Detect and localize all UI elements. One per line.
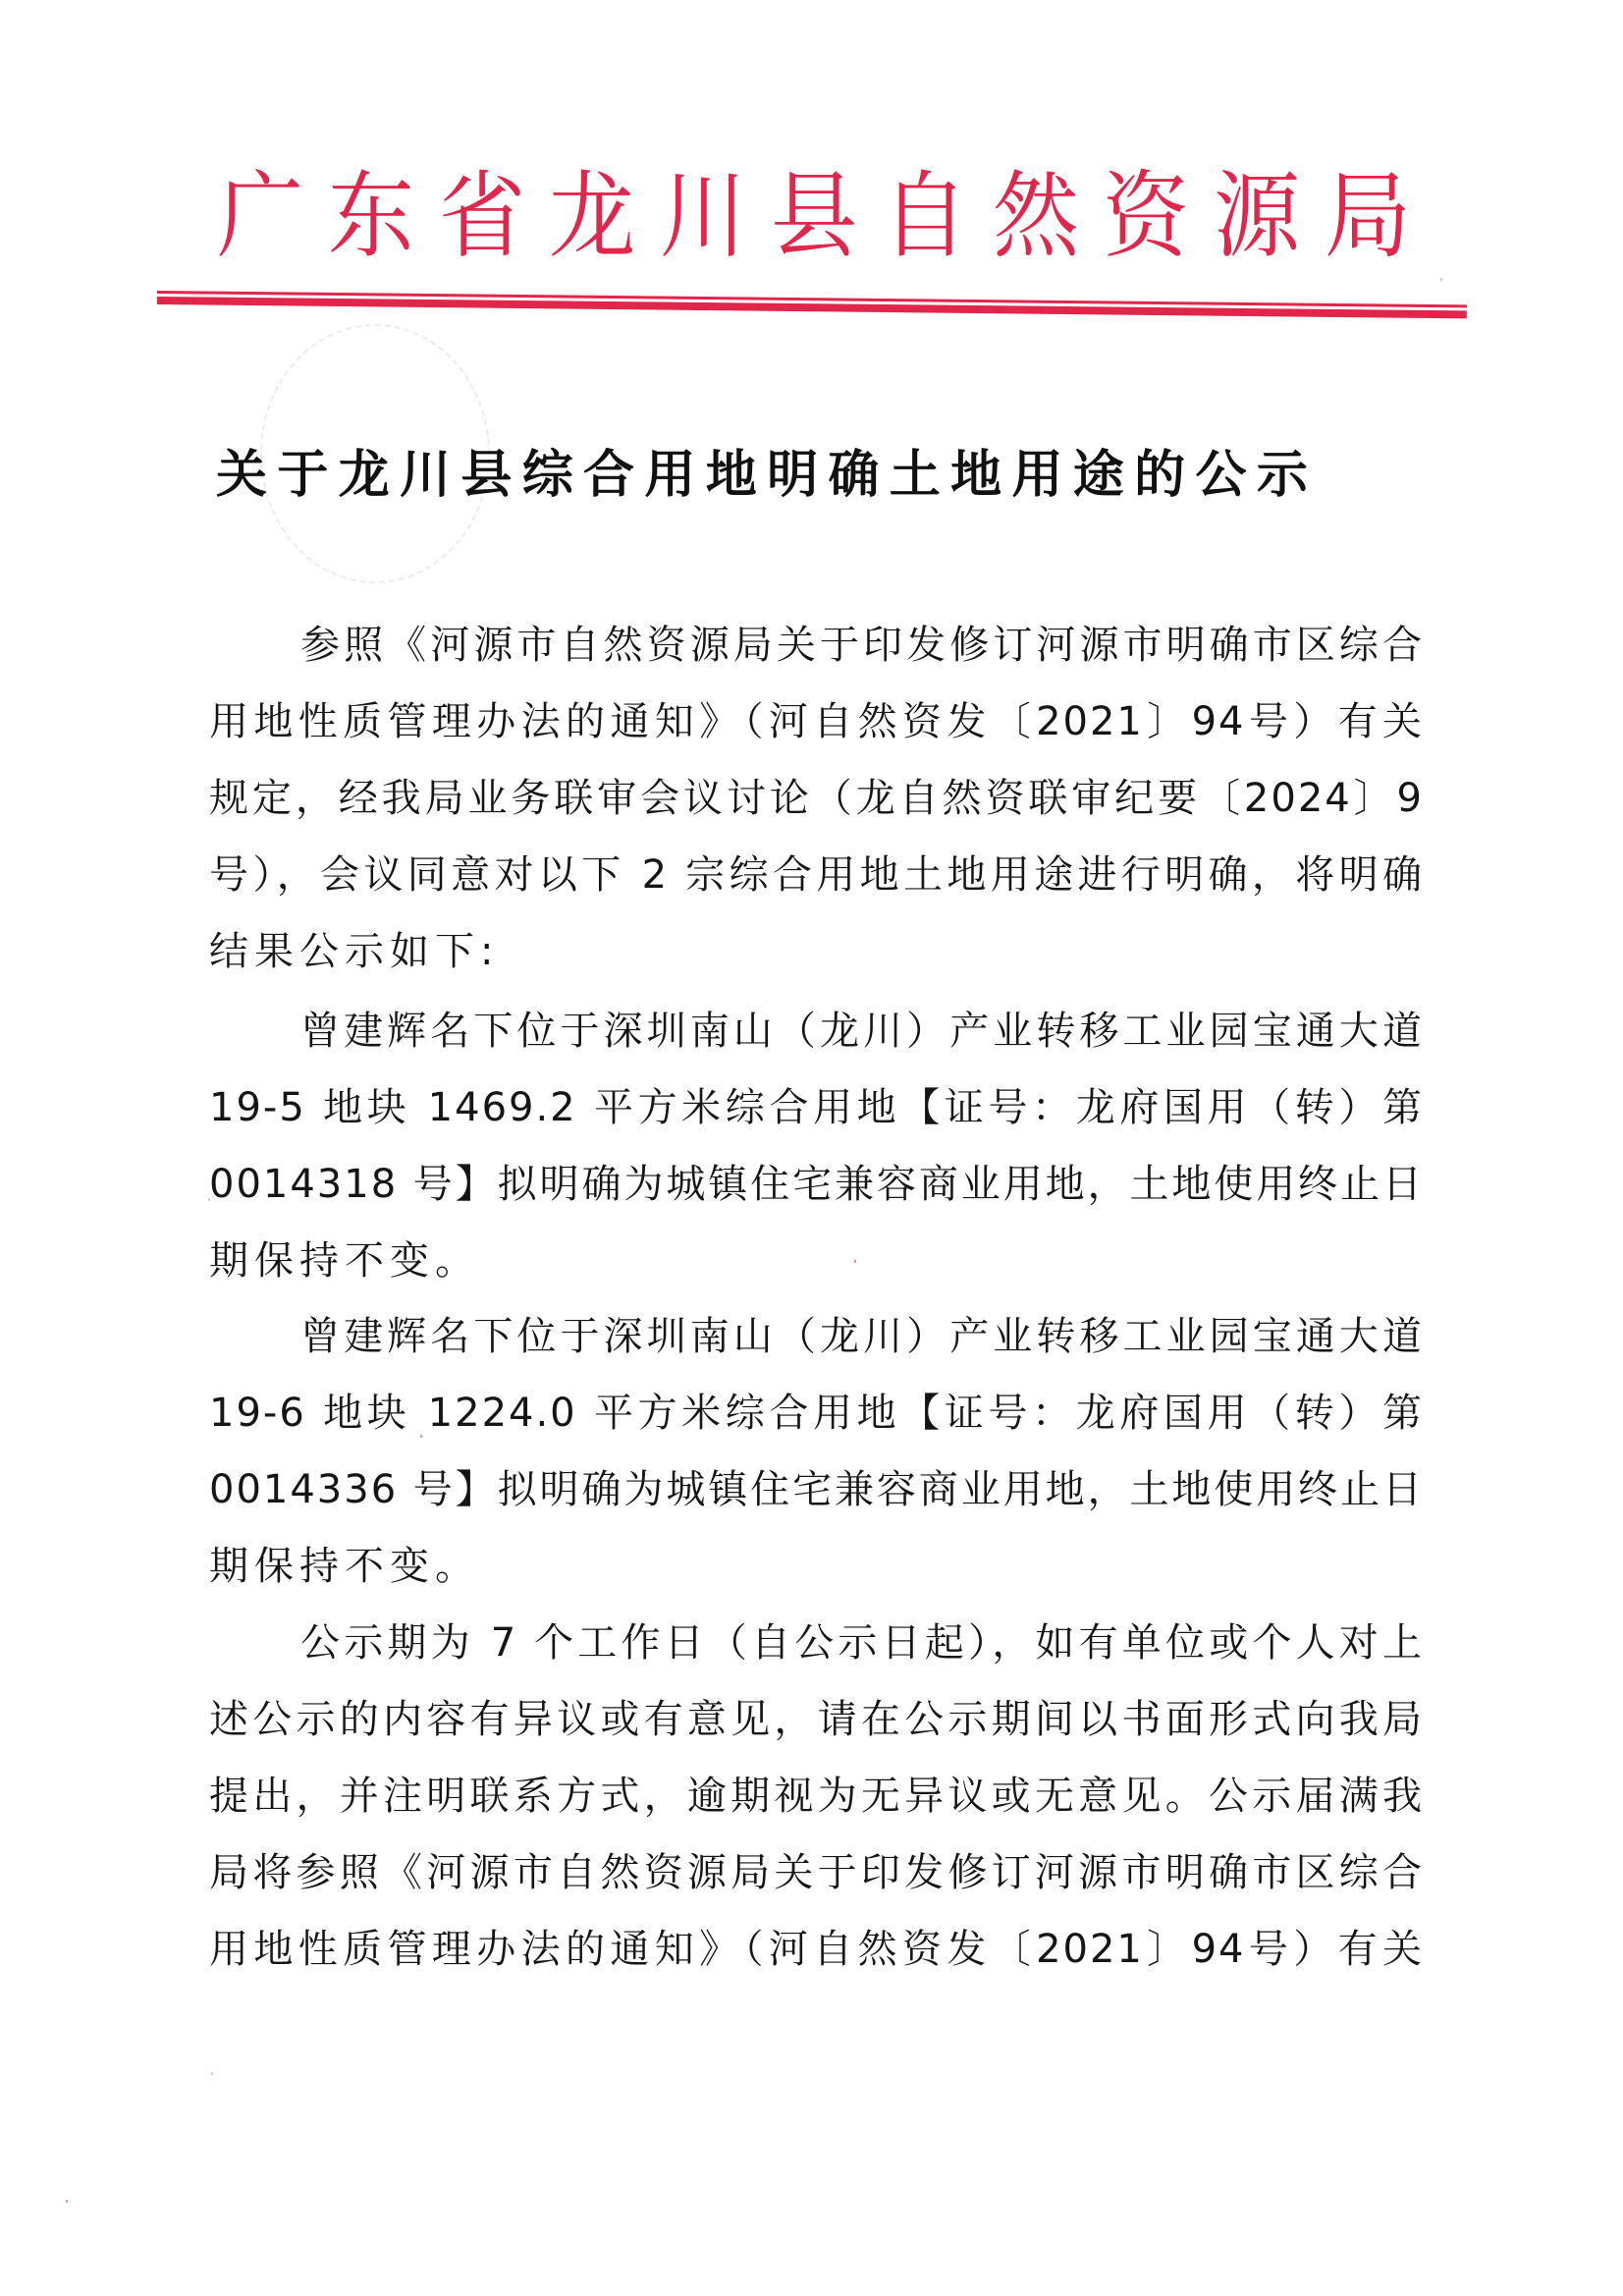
- letterhead-char: 然: [989, 165, 1083, 267]
- title-char: 公: [1192, 444, 1251, 507]
- body-line: 用地性质管理办法的通知》（河自然资发〔2021〕94号）有关: [209, 696, 1424, 747]
- scan-speck: [1440, 278, 1442, 281]
- body-line: 0014336 号】拟明确为城镇住宅兼容商业用地，土地使用终止日: [209, 1464, 1424, 1515]
- title-char: 的: [1130, 444, 1189, 507]
- title-char: 合: [579, 444, 638, 507]
- body-line: 0014318 号】拟明确为城镇住宅兼容商业用地，土地使用终止日: [209, 1159, 1424, 1210]
- letterhead-char: 自: [878, 165, 972, 267]
- body-line: 提出，并注明联系方式，逾期视为无异议或无意见。公示届满我: [209, 1771, 1424, 1822]
- letterhead-char: 县: [767, 165, 861, 267]
- letterhead-char: 川: [656, 165, 750, 267]
- title-char: 于: [273, 444, 332, 507]
- letterhead-char: 省: [435, 165, 529, 267]
- title-char: 途: [1069, 444, 1128, 507]
- body-line: 曾建辉名下位于深圳南山（龙川）产业转移工业园宝通大道: [300, 1311, 1424, 1362]
- letterhead-red-divider: [157, 291, 1467, 322]
- scan-speck: [854, 1260, 856, 1263]
- body-line: 曾建辉名下位于深圳南山（龙川）产业转移工业园宝通大道: [300, 1006, 1424, 1057]
- scan-speck: [66, 2200, 68, 2203]
- letterhead-char: 龙: [546, 165, 640, 267]
- title-char: 用: [1007, 444, 1066, 507]
- letterhead-char: 广: [213, 165, 307, 267]
- letterhead-char: 资: [1100, 165, 1194, 267]
- letterhead-char: 局: [1321, 165, 1415, 267]
- body-line: 期保持不变。: [209, 1541, 1424, 1592]
- body-line: 号），会议同意对以下 2 宗综合用地土地用途进行明确，将明确: [209, 849, 1424, 901]
- title-char: 县: [457, 444, 515, 507]
- document-page: 广 东 省 龙 川 县 自 然 资 源 局 关 于 龙 川 县 综 合 用 地 …: [0, 0, 1623, 2296]
- title-char: 地: [947, 444, 1005, 507]
- body-line: 19-6 地块 1224.0 平方米综合用地【证号：龙府国用（转）第: [209, 1388, 1424, 1439]
- title-char: 龙: [335, 444, 394, 507]
- body-line: 公示期为 7 个工作日（自公示日起），如有单位或个人对上: [300, 1617, 1424, 1668]
- title-char: 示: [1253, 444, 1312, 507]
- body-line: 结果公示如下:: [209, 926, 1424, 977]
- letterhead-org-name: 广 东 省 龙 川 县 自 然 资 源 局: [209, 165, 1419, 267]
- title-char: 明: [763, 444, 822, 507]
- title-char: 确: [824, 444, 883, 507]
- letterhead-char: 东: [324, 165, 418, 267]
- document-title: 关 于 龙 川 县 综 合 用 地 明 确 土 地 用 途 的 公 示: [212, 444, 1312, 507]
- body-line: 期保持不变。: [209, 1235, 1424, 1286]
- title-char: 川: [396, 444, 455, 507]
- title-char: 地: [702, 444, 761, 507]
- scan-speck: [211, 2072, 213, 2075]
- body-line: 用地性质管理办法的通知》（河自然资发〔2021〕94号）有关: [209, 1924, 1424, 1975]
- body-line: 19-5 地块 1469.2 平方米综合用地【证号：龙府国用（转）第: [209, 1082, 1424, 1133]
- title-char: 土: [886, 444, 945, 507]
- title-char: 用: [640, 444, 699, 507]
- title-char: 关: [212, 444, 271, 507]
- scan-speck: [420, 1435, 422, 1438]
- title-char: 综: [518, 444, 577, 507]
- body-line: 局将参照《河源市自然资源局关于印发修订河源市明确市区综合: [209, 1847, 1424, 1898]
- body-line: 规定，经我局业务联审会议讨论（龙自然资联审纪要〔2024〕9: [209, 773, 1424, 824]
- body-line: 参照《河源市自然资源局关于印发修订河源市明确市区综合: [300, 620, 1424, 671]
- scan-speck: [208, 1198, 210, 1201]
- body-line: 述公示的内容有异议或有意见，请在公示期间以书面形式向我局: [209, 1694, 1424, 1745]
- letterhead-char: 源: [1210, 165, 1304, 267]
